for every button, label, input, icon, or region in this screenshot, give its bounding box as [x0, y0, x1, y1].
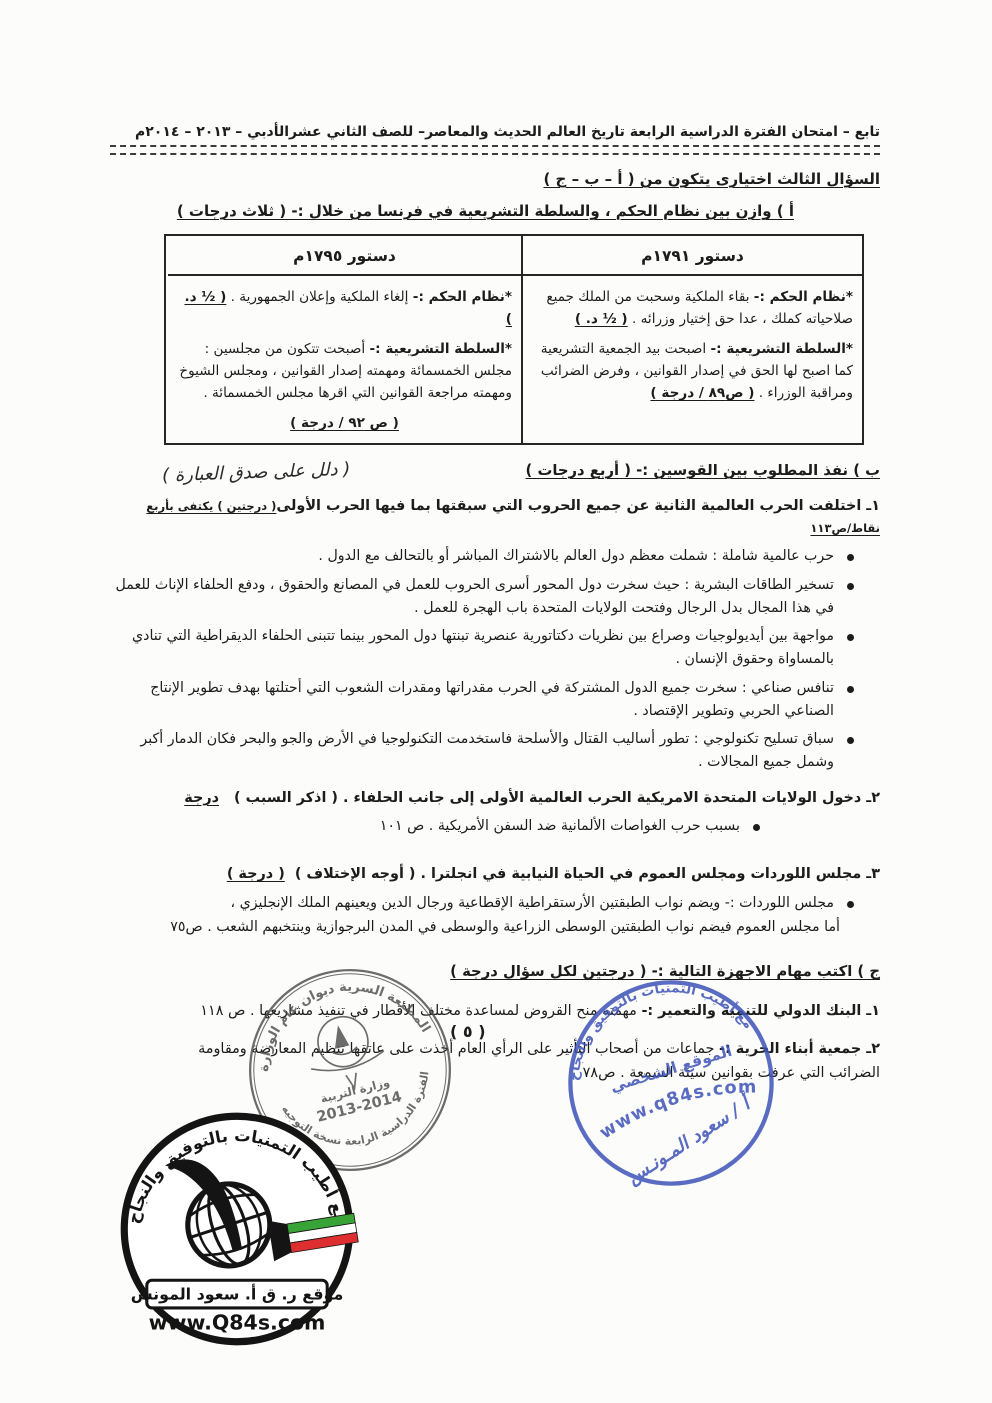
globe-quill-icon [165, 1159, 280, 1276]
part-b-heading: ب ) نفذ المطلوب بين القوسين :- ( أربع در… [526, 462, 880, 479]
logo-url: www.Q84s.com [149, 1310, 326, 1334]
ministry-stamp-year: 2013-2014 [315, 1088, 404, 1126]
part-c-heading: ج ) اكتب مهام الاجهزة التالية :- ( درجتي… [450, 963, 880, 980]
constitution-comparison-table: دستور ١٧٩١م دستور ١٧٩٥م *نظام الحكم :- ب… [164, 234, 864, 445]
logo-arc-text: مع أطيب التمنيات بالتوفيق والنجاح [123, 1126, 351, 1226]
list-item: سباق تسليح تكنولوجي : تطور أساليب القتال… [110, 728, 880, 773]
cell-1795-item1: *نظام الحكم :- إلغاء الملكية وإعلان الجم… [177, 286, 512, 330]
table-header-1795: دستور ١٧٩٥م [168, 236, 521, 276]
cell-1791-item1: *نظام الحكم :- بقاء الملكية وسحبت من الم… [532, 286, 853, 330]
exam-page: تابع – امتحان الفترة الدراسية الرابعة تا… [0, 0, 992, 1403]
logo-band-text: موقع ر. ق أ. سعود المونس [131, 1284, 344, 1304]
list-item: تسخير الطاقات البشرية : حيث سخرت دول الم… [110, 574, 880, 619]
page-number: ( ٥ ) [450, 1022, 486, 1041]
blue-stamp-signature: أ / سعود المـونـس [621, 1089, 757, 1189]
document-content: تابع – امتحان الفترة الدراسية الرابعة تا… [110, 124, 880, 1085]
table-cell-1795: *نظام الحكم :- إلغاء الملكية وإعلان الجم… [168, 276, 521, 443]
list-item: تنافس صناعي : سخرت جميع الدول المشتركة ف… [110, 677, 880, 722]
kuwait-flag-icon [268, 1207, 359, 1261]
cell-1795-mark: ( ص ٩٢ / درجة ) [177, 412, 512, 434]
b-item3-continuation: أما مجلس العموم فيضم نواب الطبقتين الوسط… [110, 916, 880, 939]
b-item1-bullets: حرب عالمية شاملة : شملت معظم دول العالم … [110, 545, 880, 773]
double-rule-divider [110, 145, 880, 155]
cell-1791-item2: *السلطة التشريعية :- اصبحت بيد الجمعية ا… [532, 338, 853, 404]
quill-icon [165, 1159, 242, 1251]
c-item1: ١ـ البنك الدولي للتنمية والتعمير :- مهمت… [110, 1000, 880, 1024]
question3-title: السؤال الثالث اختيارى يتكون من ( أ – ب –… [543, 170, 880, 188]
site-logo-stamp: مع أطيب التمنيات بالتوفيق والنجاح موقع ر… [114, 1106, 360, 1352]
b-item1-stem: ١ـ اختلفت الحرب العالمية الثانية عن جميع… [110, 496, 880, 539]
cell-1795-item2: *السلطة التشريعية :- أصبحت تتكون من مجلس… [177, 338, 512, 404]
list-item: مواجهة بين أيديولوجيات وصراع بين نظريات … [110, 625, 880, 670]
header-line: تابع – امتحان الفترة الدراسية الرابعة تا… [110, 124, 880, 140]
b-item2-stem: ٢ـ دخول الولايات المتحدة الامريكية الحرب… [110, 788, 880, 810]
table-header-1791: دستور ١٧٩١م [521, 236, 862, 276]
list-item: مجلس اللوردات :- ويضم نواب الطبقتين الأر… [110, 892, 880, 915]
list-item: بسبب حرب الغواصات الألمانية ضد السفن الأ… [110, 815, 880, 838]
svg-text:مع أطيب التمنيات بالتوفيق والن: مع أطيب التمنيات بالتوفيق والنجاح [123, 1126, 351, 1226]
b-item3-stem: ٣ـ مجلس اللوردات ومجلس العموم في الحياة … [110, 864, 880, 886]
part-a-heading: أ ) وازن بين نظام الحكم ، والسلطة التشري… [177, 202, 794, 220]
handwritten-note: ( دلل على صدق العبارة ) [162, 459, 351, 487]
list-item: حرب عالمية شاملة : شملت معظم دول العالم … [110, 545, 880, 568]
c-item2: ٢ـ جمعية أبناء الحرية :- جماعات من أصحاب… [110, 1038, 880, 1086]
table-cell-1791: *نظام الحكم :- بقاء الملكية وسحبت من الم… [521, 276, 862, 443]
